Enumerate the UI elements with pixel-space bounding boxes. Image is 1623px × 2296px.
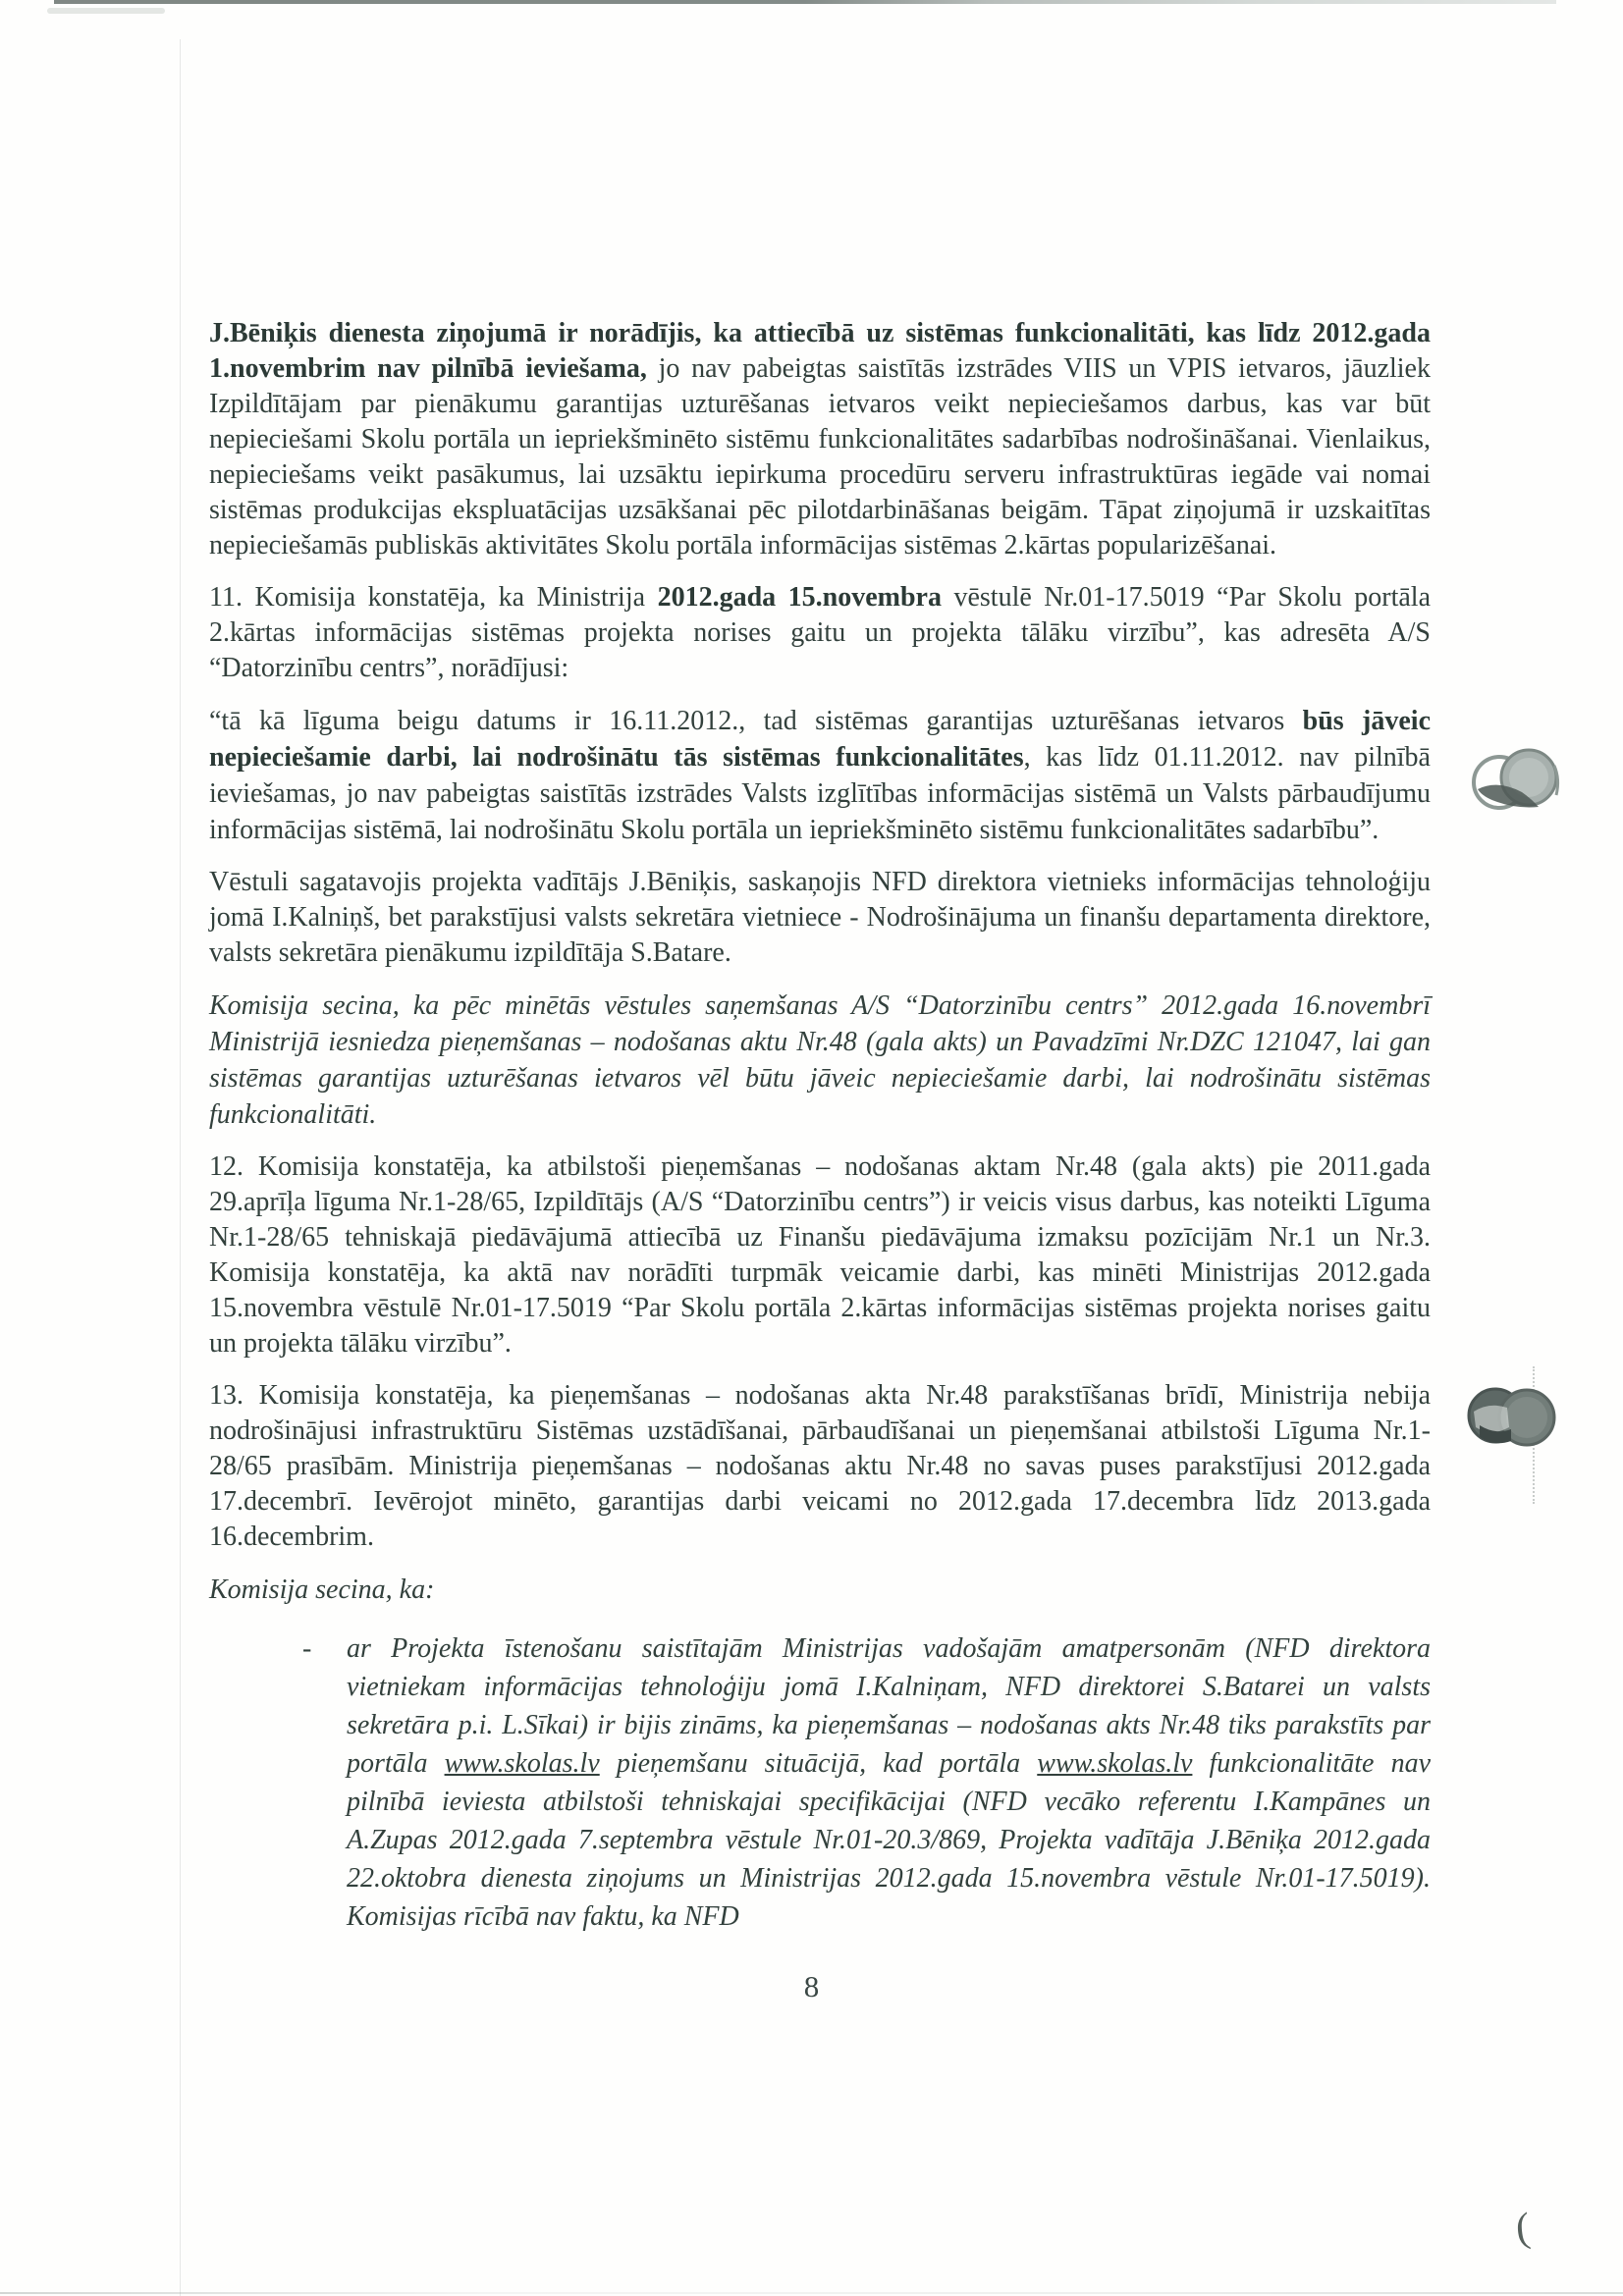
- paragraph-report-statement: J.Bēniķis dienesta ziņojumā ir norādījis…: [209, 316, 1431, 563]
- page-fold-line: [180, 39, 181, 2296]
- underlined-url-text: www.skolas.lv: [1037, 1748, 1192, 1779]
- bold-text-run: 2012.gada 15.novembra: [658, 582, 954, 613]
- text-run: Vēstuli sagatavojis projekta vadītājs J.…: [209, 867, 1431, 968]
- ink-blob-artifact: [1468, 738, 1571, 827]
- paragraph-commission-conclusion-1: Komisija secina, ka pēc minētās vēstules…: [209, 988, 1431, 1133]
- text-run: jo nav pabeigtas saistītās izstrādes VII…: [209, 353, 1431, 561]
- italic-text-run: Komisija secina, ka pēc minētās vēstules…: [209, 990, 1431, 1130]
- text-run: “tā kā līguma beigu datums ir 16.11.2012…: [209, 706, 1303, 736]
- paragraph-item-12: 12. Komisija konstatēja, ka atbilstoši p…: [209, 1149, 1431, 1362]
- list-item-text: ar Projekta īstenošanu saistītajām Minis…: [347, 1629, 1431, 1936]
- scan-bottom-edge: [0, 2292, 1623, 2294]
- paragraph-commission-conclusion-2-heading: Komisija secina, ka:: [209, 1572, 1431, 1608]
- italic-text-run: Komisija secina, ka:: [209, 1575, 434, 1605]
- paragraph-quote: “tā kā līguma beigu datums ir 16.11.2012…: [209, 703, 1431, 848]
- italic-text-run: pieņemšanu situācijā, kad portāla: [600, 1748, 1038, 1779]
- pen-mark-artifact: (: [1514, 2204, 1533, 2252]
- paragraph-item-13: 13. Komisija konstatēja, ka pieņemšanas …: [209, 1378, 1431, 1555]
- list-item: - ar Projekta īstenošanu saistītajām Min…: [302, 1629, 1431, 1936]
- scan-edge-line: [54, 0, 1556, 4]
- paragraph-item-11: 11. Komisija konstatēja, ka Ministrija 2…: [209, 580, 1431, 686]
- scanned-document-page: J.Bēniķis dienesta ziņojumā ir norādījis…: [0, 0, 1623, 2296]
- page-number: 8: [0, 1969, 1623, 2004]
- document-body: J.Bēniķis dienesta ziņojumā ir norādījis…: [209, 316, 1431, 1936]
- bullet-dash: -: [302, 1629, 347, 1936]
- ink-blob-artifact: [1460, 1372, 1563, 1466]
- scan-smudge: [47, 8, 165, 14]
- text-run: 11. Komisija konstatēja, ka Ministrija: [209, 582, 658, 613]
- underlined-url-text: www.skolas.lv: [445, 1748, 600, 1779]
- text-run: 12. Komisija konstatēja, ka atbilstoši p…: [209, 1151, 1431, 1359]
- paragraph-letter-signatories: Vēstuli sagatavojis projekta vadītājs J.…: [209, 865, 1431, 971]
- text-run: 13. Komisija konstatēja, ka pieņemšanas …: [209, 1380, 1431, 1552]
